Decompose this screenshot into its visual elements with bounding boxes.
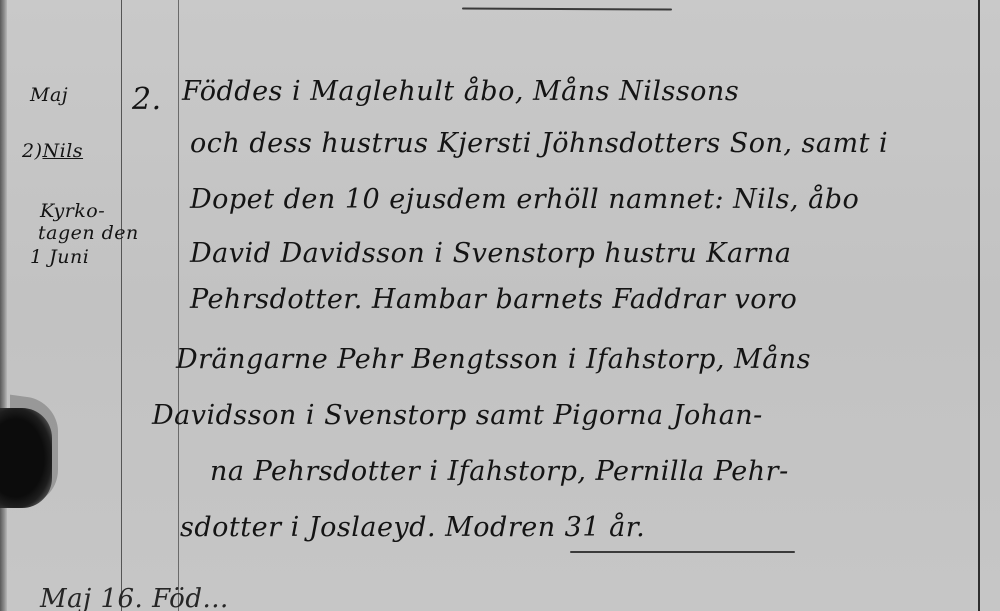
entry-number-name: 2)Nils: [22, 140, 83, 162]
entry-end-underline: [570, 551, 795, 553]
entry-line-5: Pehrsdotter. Hambar barnets Faddrar voro: [190, 284, 797, 315]
column-rule-margin: [121, 0, 122, 611]
church-note-line1: Kyrko-: [40, 200, 105, 222]
entry-line-9: sdotter i Joslaeyd. Modren 31 år.: [180, 512, 645, 543]
entry-line-4: David Davidsson i Svenstorp hustru Karna: [190, 238, 791, 269]
column-rule-day: [178, 0, 179, 611]
entry-line-3: Dopet den 10 ejusdem erhöll namnet: Nils…: [190, 184, 859, 215]
entry-line-1: Föddes i Maglehult åbo, Måns Nilssons: [182, 76, 739, 107]
previous-entry-underline: [462, 7, 672, 10]
register-page: Maj 2)Nils Kyrko- tagen den 1 Juni 2. Fö…: [0, 0, 1000, 611]
entry-line-6: Drängarne Pehr Bengtsson i Ifahstorp, Må…: [176, 344, 811, 375]
entry-child-name: Nils: [43, 140, 84, 162]
church-note-line3: 1 Juni: [30, 246, 89, 268]
column-rule-right: [978, 0, 980, 611]
entry-day: 2.: [132, 82, 162, 117]
entry-number: 2): [22, 140, 43, 162]
entry-line-8: na Pehrsdotter i Ifahstorp, Pernilla Peh…: [210, 456, 789, 487]
church-note-line2: tagen den: [38, 222, 139, 244]
entry-month: Maj: [30, 84, 68, 106]
entry-line-2: och dess hustrus Kjersti Jöhnsdotters So…: [190, 128, 888, 159]
page-clip-object: [0, 408, 52, 508]
book-binding-edge: [0, 0, 7, 611]
next-entry-partial: Maj 16. Föd...: [40, 584, 229, 611]
entry-line-7: Davidsson i Svenstorp samt Pigorna Johan…: [152, 400, 763, 431]
